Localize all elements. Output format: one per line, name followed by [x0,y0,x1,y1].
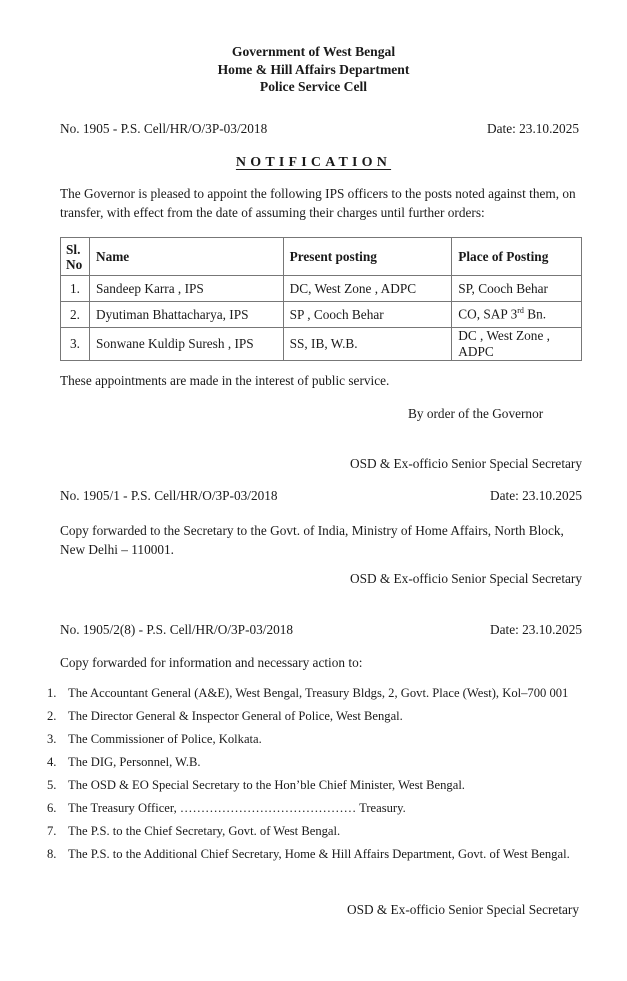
cell-name: Sonwane Kuldip Suresh , IPS [89,328,283,361]
cell-present: SP , Cooch Behar [283,302,452,328]
header-government: Government of West Bengal [0,44,627,60]
header-name: Name [89,238,283,276]
recipient-item: 7.The P.S. to the Chief Secretary, Govt.… [47,824,340,839]
notification-title: NOTIFICATION [0,155,627,171]
cell-name: Dyutiman Bhattacharya, IPS [89,302,283,328]
header-present-posting: Present posting [283,238,452,276]
cell-sl: 3. [61,328,90,361]
header-place-of-posting: Place of Posting [452,238,582,276]
cell-name: Sandeep Karra , IPS [89,276,283,302]
recipient-item: 3.The Commissioner of Police, Kolkata. [47,732,262,747]
signatory-2: OSD & Ex-officio Senior Special Secretar… [350,571,582,587]
copy1-text: Copy forwarded to the Secretary to the G… [60,521,582,559]
header-department: Home & Hill Affairs Department [0,62,627,78]
table-header-row: Sl.No Name Present posting Place of Post… [61,238,582,276]
copy1-memo-number: No. 1905/1 - P.S. Cell/HR/O/3P-03/2018 [60,488,278,504]
table-row: 2. Dyutiman Bhattacharya, IPS SP , Cooch… [61,302,582,328]
recipient-item: 5.The OSD & EO Special Secretary to the … [47,778,465,793]
cell-present: DC, West Zone , ADPC [283,276,452,302]
copy2-date: Date: 23.10.2025 [490,622,582,638]
cell-present: SS, IB, W.B. [283,328,452,361]
memo-number: No. 1905 - P.S. Cell/HR/O/3P-03/2018 [60,121,267,137]
header-cell: Police Service Cell [0,79,627,95]
recipient-item: 2.The Director General & Inspector Gener… [47,709,403,724]
signatory-1: OSD & Ex-officio Senior Special Secretar… [350,456,582,472]
posting-table: Sl.No Name Present posting Place of Post… [60,237,582,361]
copy2-text: Copy forwarded for information and neces… [60,655,362,671]
cell-place: DC , West Zone , ADPC [452,328,582,361]
cell-sl: 2. [61,302,90,328]
cell-sl: 1. [61,276,90,302]
copy2-memo-number: No. 1905/2(8) - P.S. Cell/HR/O/3P-03/201… [60,622,293,638]
recipient-item: 8.The P.S. to the Additional Chief Secre… [47,847,570,862]
recipient-item: 1.The Accountant General (A&E), West Ben… [47,686,568,701]
signatory-3: OSD & Ex-officio Senior Special Secretar… [347,902,579,918]
table-row: 1. Sandeep Karra , IPS DC, West Zone , A… [61,276,582,302]
recipient-item: 6.The Treasury Officer, …………………………………… T… [47,801,406,816]
table-row: 3. Sonwane Kuldip Suresh , IPS SS, IB, W… [61,328,582,361]
recipient-item: 4.The DIG, Personnel, W.B. [47,755,201,770]
copy1-date: Date: 23.10.2025 [490,488,582,504]
notification-intro: The Governor is pleased to appoint the f… [60,184,582,222]
header-sl-no: Sl.No [61,238,90,276]
memo-date: Date: 23.10.2025 [487,121,579,137]
by-order-line: By order of the Governor [408,406,543,422]
cell-place: SP, Cooch Behar [452,276,582,302]
cell-place: CO, SAP 3rd Bn. [452,302,582,328]
closing-statement: These appointments are made in the inter… [60,373,389,389]
